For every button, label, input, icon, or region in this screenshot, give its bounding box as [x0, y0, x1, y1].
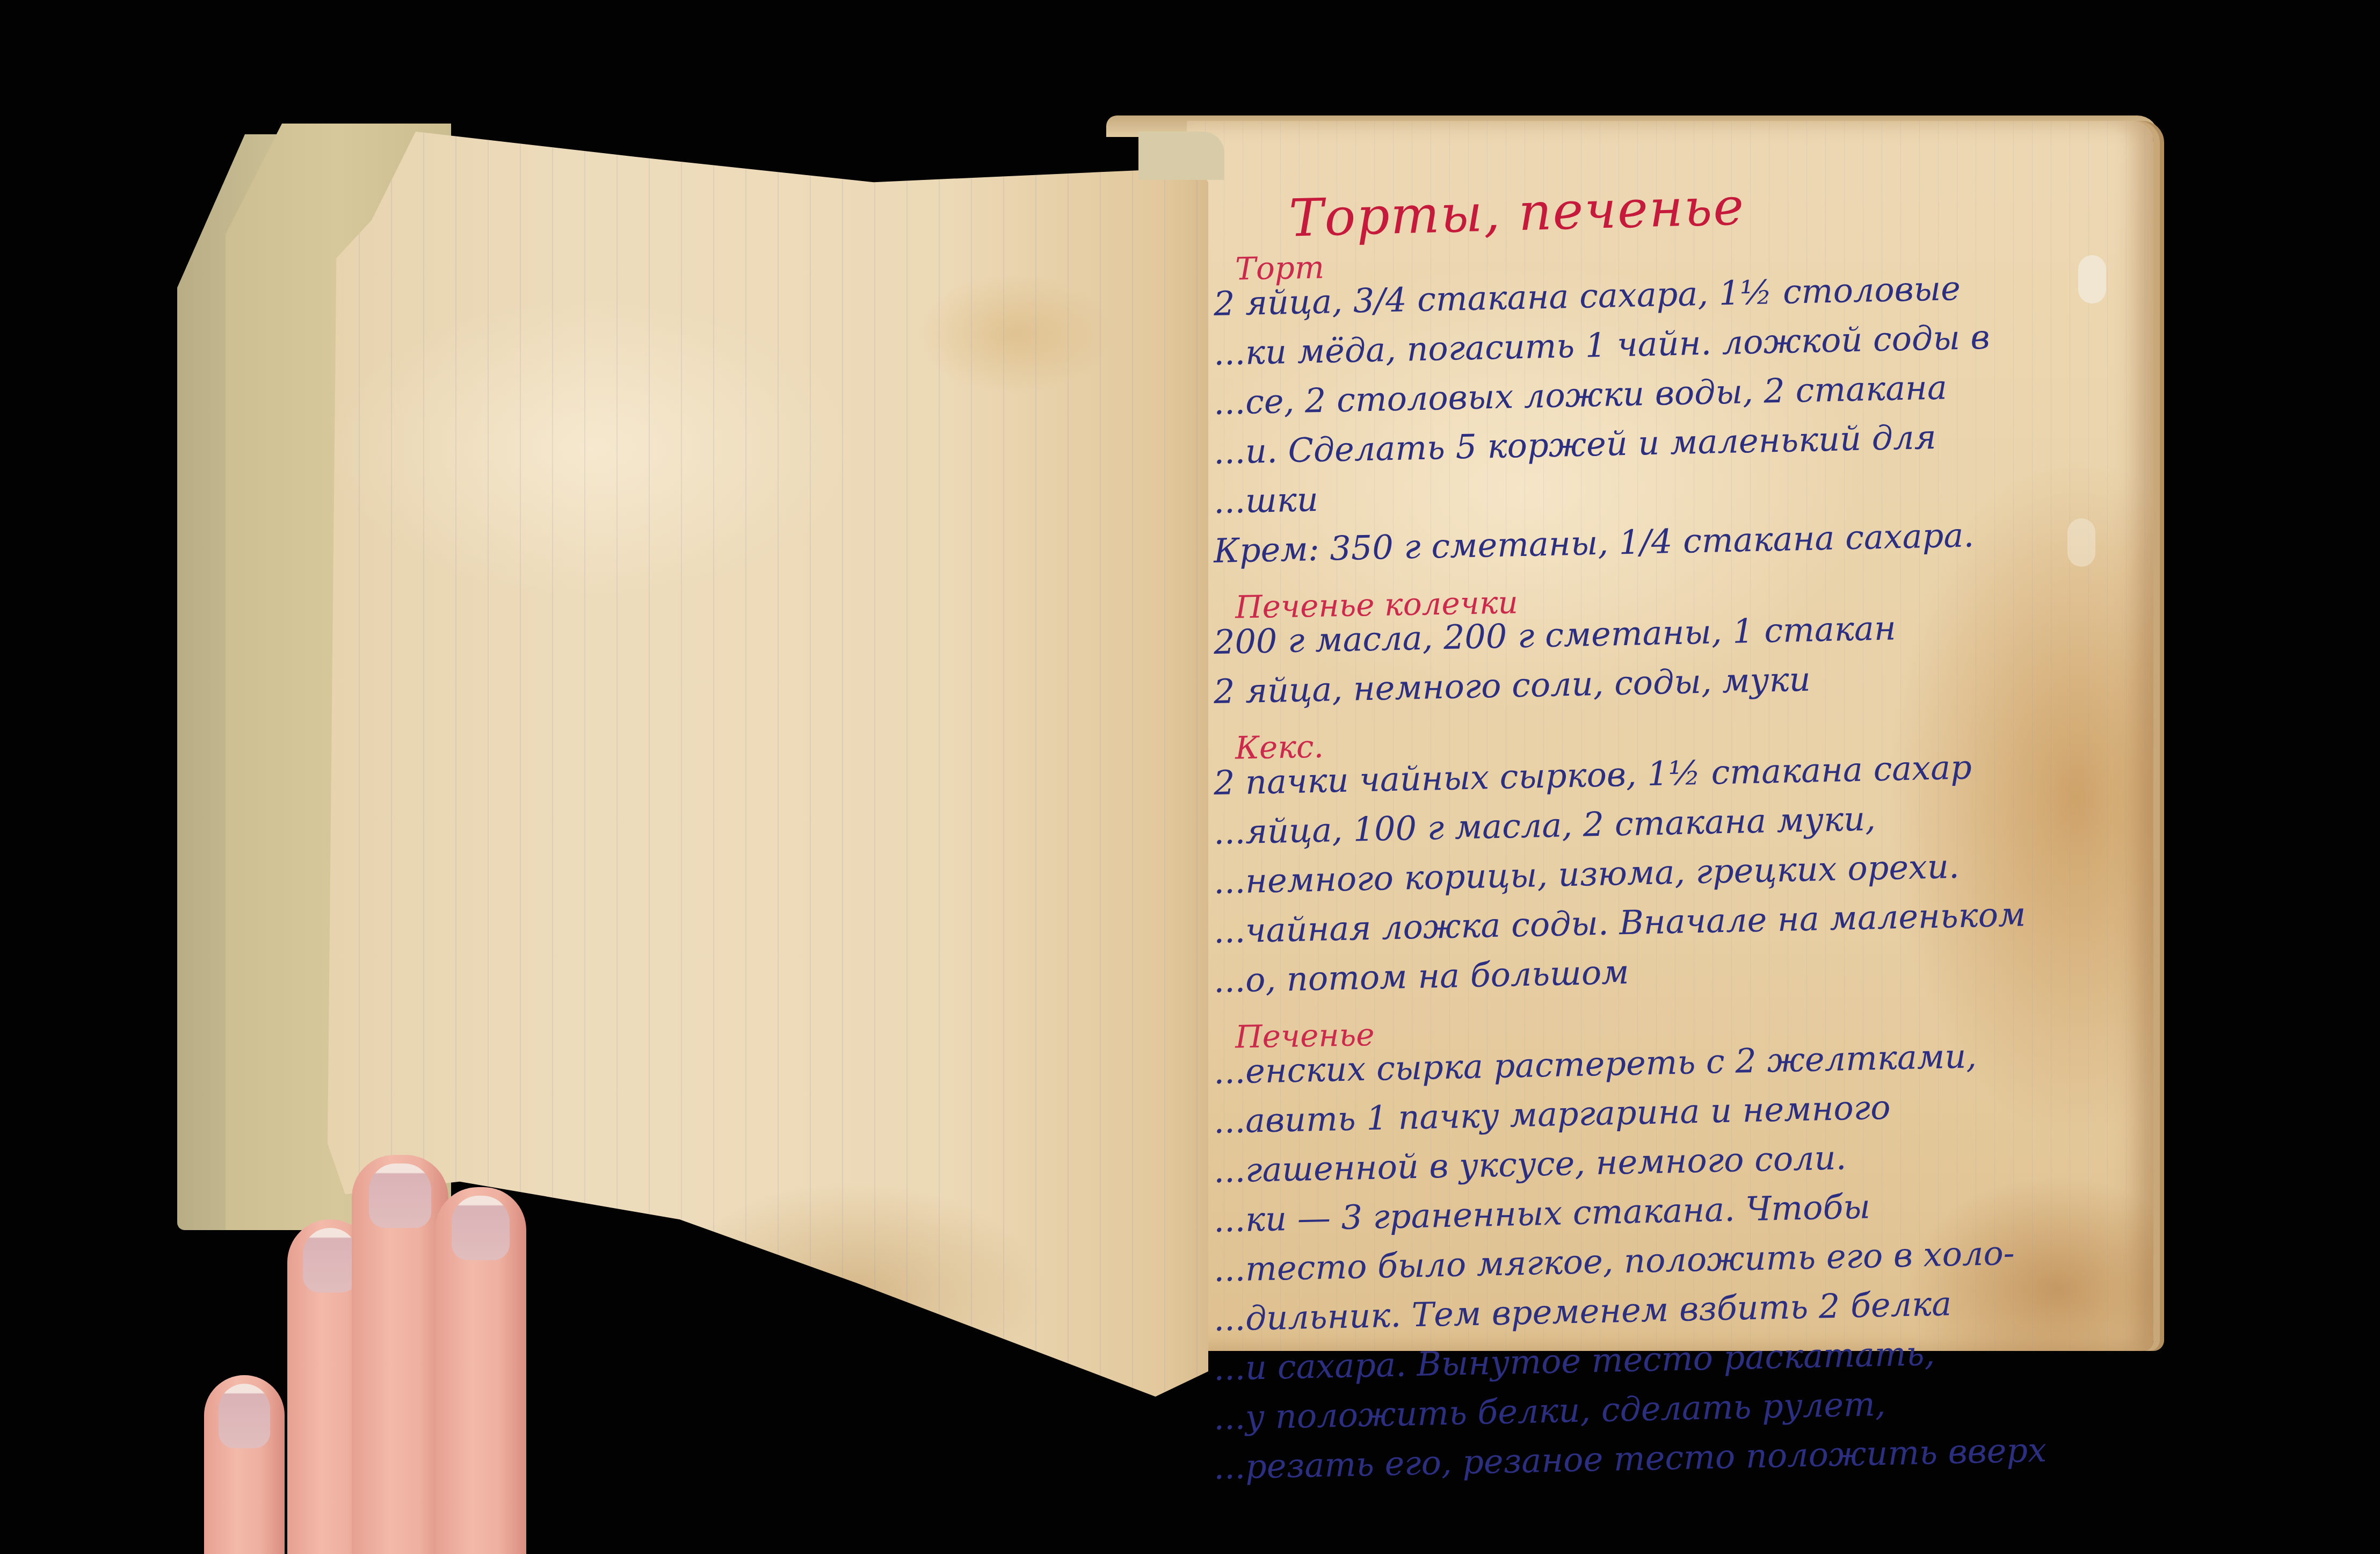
- recipe-cake: Торт 2 яйца, 3/4 стакана сахара, 1½ стол…: [1214, 243, 2127, 576]
- fingernail: [369, 1163, 431, 1228]
- fingernail: [219, 1384, 270, 1448]
- fingernail: [303, 1228, 358, 1292]
- page-title: Торты, печенье: [1288, 167, 2127, 249]
- page-curl: [1138, 132, 1224, 180]
- photo-background: Торты, печенье Торт 2 яйца, 3/4 стакана …: [0, 0, 2380, 1554]
- recipe-cupcake: Кекс. 2 пачки чайных сырков, 1½ стакана …: [1214, 722, 2127, 1006]
- recipe-cookies: Печенье ...енских сырка растереть с 2 же…: [1214, 1011, 2127, 1492]
- finger-pinky: [204, 1375, 285, 1554]
- handwritten-text: Торты, печенье Торт 2 яйца, 3/4 стакана …: [1214, 177, 2127, 1492]
- finger-index: [435, 1187, 526, 1554]
- finger-middle: [352, 1155, 448, 1554]
- recipe-ring-cookies: Печенье колечки 200 г масла, 200 г смета…: [1214, 581, 2127, 717]
- fingernail: [452, 1196, 510, 1260]
